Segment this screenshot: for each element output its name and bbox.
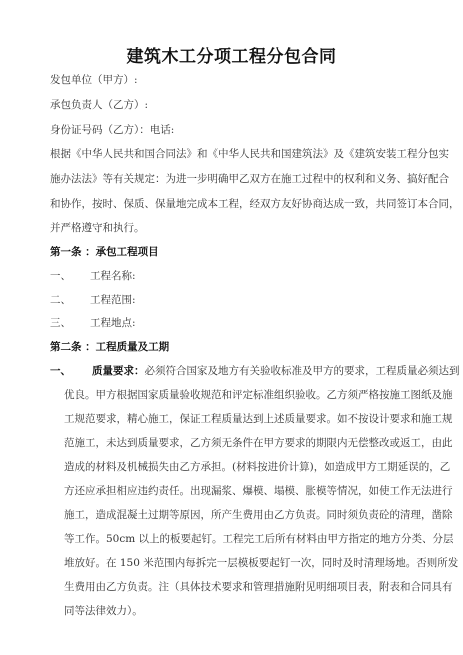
document-title: 建筑木工分项工程分包合同 <box>0 42 463 67</box>
item-text: 工程地点: <box>90 317 136 329</box>
clause-number: 一、 <box>50 364 92 378</box>
clause-line: 同等法律效力）。 <box>64 604 143 618</box>
preamble-line: 并严格遵守和执行。 <box>50 221 145 235</box>
item-text: 工程范围: <box>90 294 136 306</box>
quality-clause: 一、质量要求：必须符合国家及地方有关验收标准及甲方的要求，工程质量必须达到 <box>50 364 460 378</box>
article1-item: 二、工程范围: <box>50 293 136 307</box>
document-page: 建筑木工分项工程分包合同 发包单位（甲方）: 承包负责人（乙方）: 身份证号码（… <box>0 0 463 655</box>
clause-label: 质量要求： <box>92 365 145 377</box>
clause-line: 等工作。50cm 以上的板要起钉。工程完工后所有材料由甲方指定的地方分类、分层 <box>64 532 454 546</box>
article1-heading: 第一条 ：承包工程项目 <box>50 245 159 259</box>
item-number: 二、 <box>50 293 90 307</box>
clause-line: 施工，造成混凝土过期等原因，所产生费用由乙方负责。同时须负责砼的清理，凿除 <box>64 508 453 522</box>
clause-line: 范施工，未达到质量要求，乙方须无条件在甲方要求的期限内无偿整改或返工，由此 <box>64 436 453 450</box>
preamble-line: 和协作，按时、保质、保量地完成本工程，经双方友好协商达成一致，共同签订本合同， <box>50 197 460 211</box>
preamble-line: 根据《中华人民共和国合同法》和《中华人民共和国建筑法》及《建筑安装工程分包实 <box>50 147 449 161</box>
item-number: 三、 <box>50 316 90 330</box>
contractor-line: 承包负责人（乙方）: <box>50 98 148 112</box>
article1-item: 三、工程地点: <box>50 316 136 330</box>
clause-line: 生费用由乙方负责。注（具体技术要求和管理措施附见明细项目表，附表和合同具有 <box>64 580 453 594</box>
clause-line: 工规范要求，精心施工，保证工程质量达到上述质量要求。如不按设计要求和施工规 <box>64 412 453 426</box>
article1-item: 一、工程名称: <box>50 269 136 283</box>
id-phone-line: 身份证号码（乙方）：电话: <box>50 123 174 137</box>
preamble-line: 施办法法》等有关规定：为进一步明确甲乙双方在施工过程中的权利和义务、搞好配合 <box>50 172 449 186</box>
clause-line: 优良。甲方根据国家质量验收规范和评定标准组织验收。乙方须严格按施工图纸及施 <box>64 388 453 402</box>
clause-text: 必须符合国家及地方有关验收标准及甲方的要求，工程质量必须达到 <box>145 365 460 377</box>
article2-heading: 第二条 ：工程质量及工期 <box>50 340 169 354</box>
employer-line: 发包单位（甲方）: <box>50 73 138 87</box>
item-text: 工程名称: <box>90 270 136 282</box>
clause-line: 造成的材料及机械损失由乙方承担。(材料按进价计算)，如造成甲方工期延误的，乙 <box>64 460 450 474</box>
item-number: 一、 <box>50 269 90 283</box>
clause-line: 方还应承担相应违约责任。出现漏浆、爆模、塌模、胀模等情况，如使工作无法进行 <box>64 484 453 498</box>
clause-line: 堆放好。在 150 米范围内每拆完一层模板要起钉一次，同时及时清理场地。否则所发 <box>64 556 458 570</box>
